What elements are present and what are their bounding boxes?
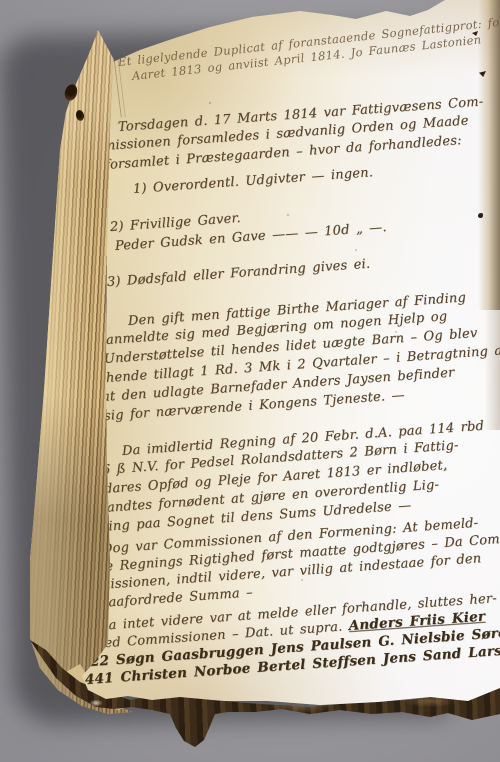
manuscript-body: Torsdagen d. 17 Marts 1814 var Fattigvæs… <box>112 118 500 690</box>
archival-annotation: Et ligelydende Duplicat af foranstaaende… <box>116 54 496 84</box>
archival-photo: Et ligelydende Duplicat af foranstaaende… <box>0 0 500 762</box>
